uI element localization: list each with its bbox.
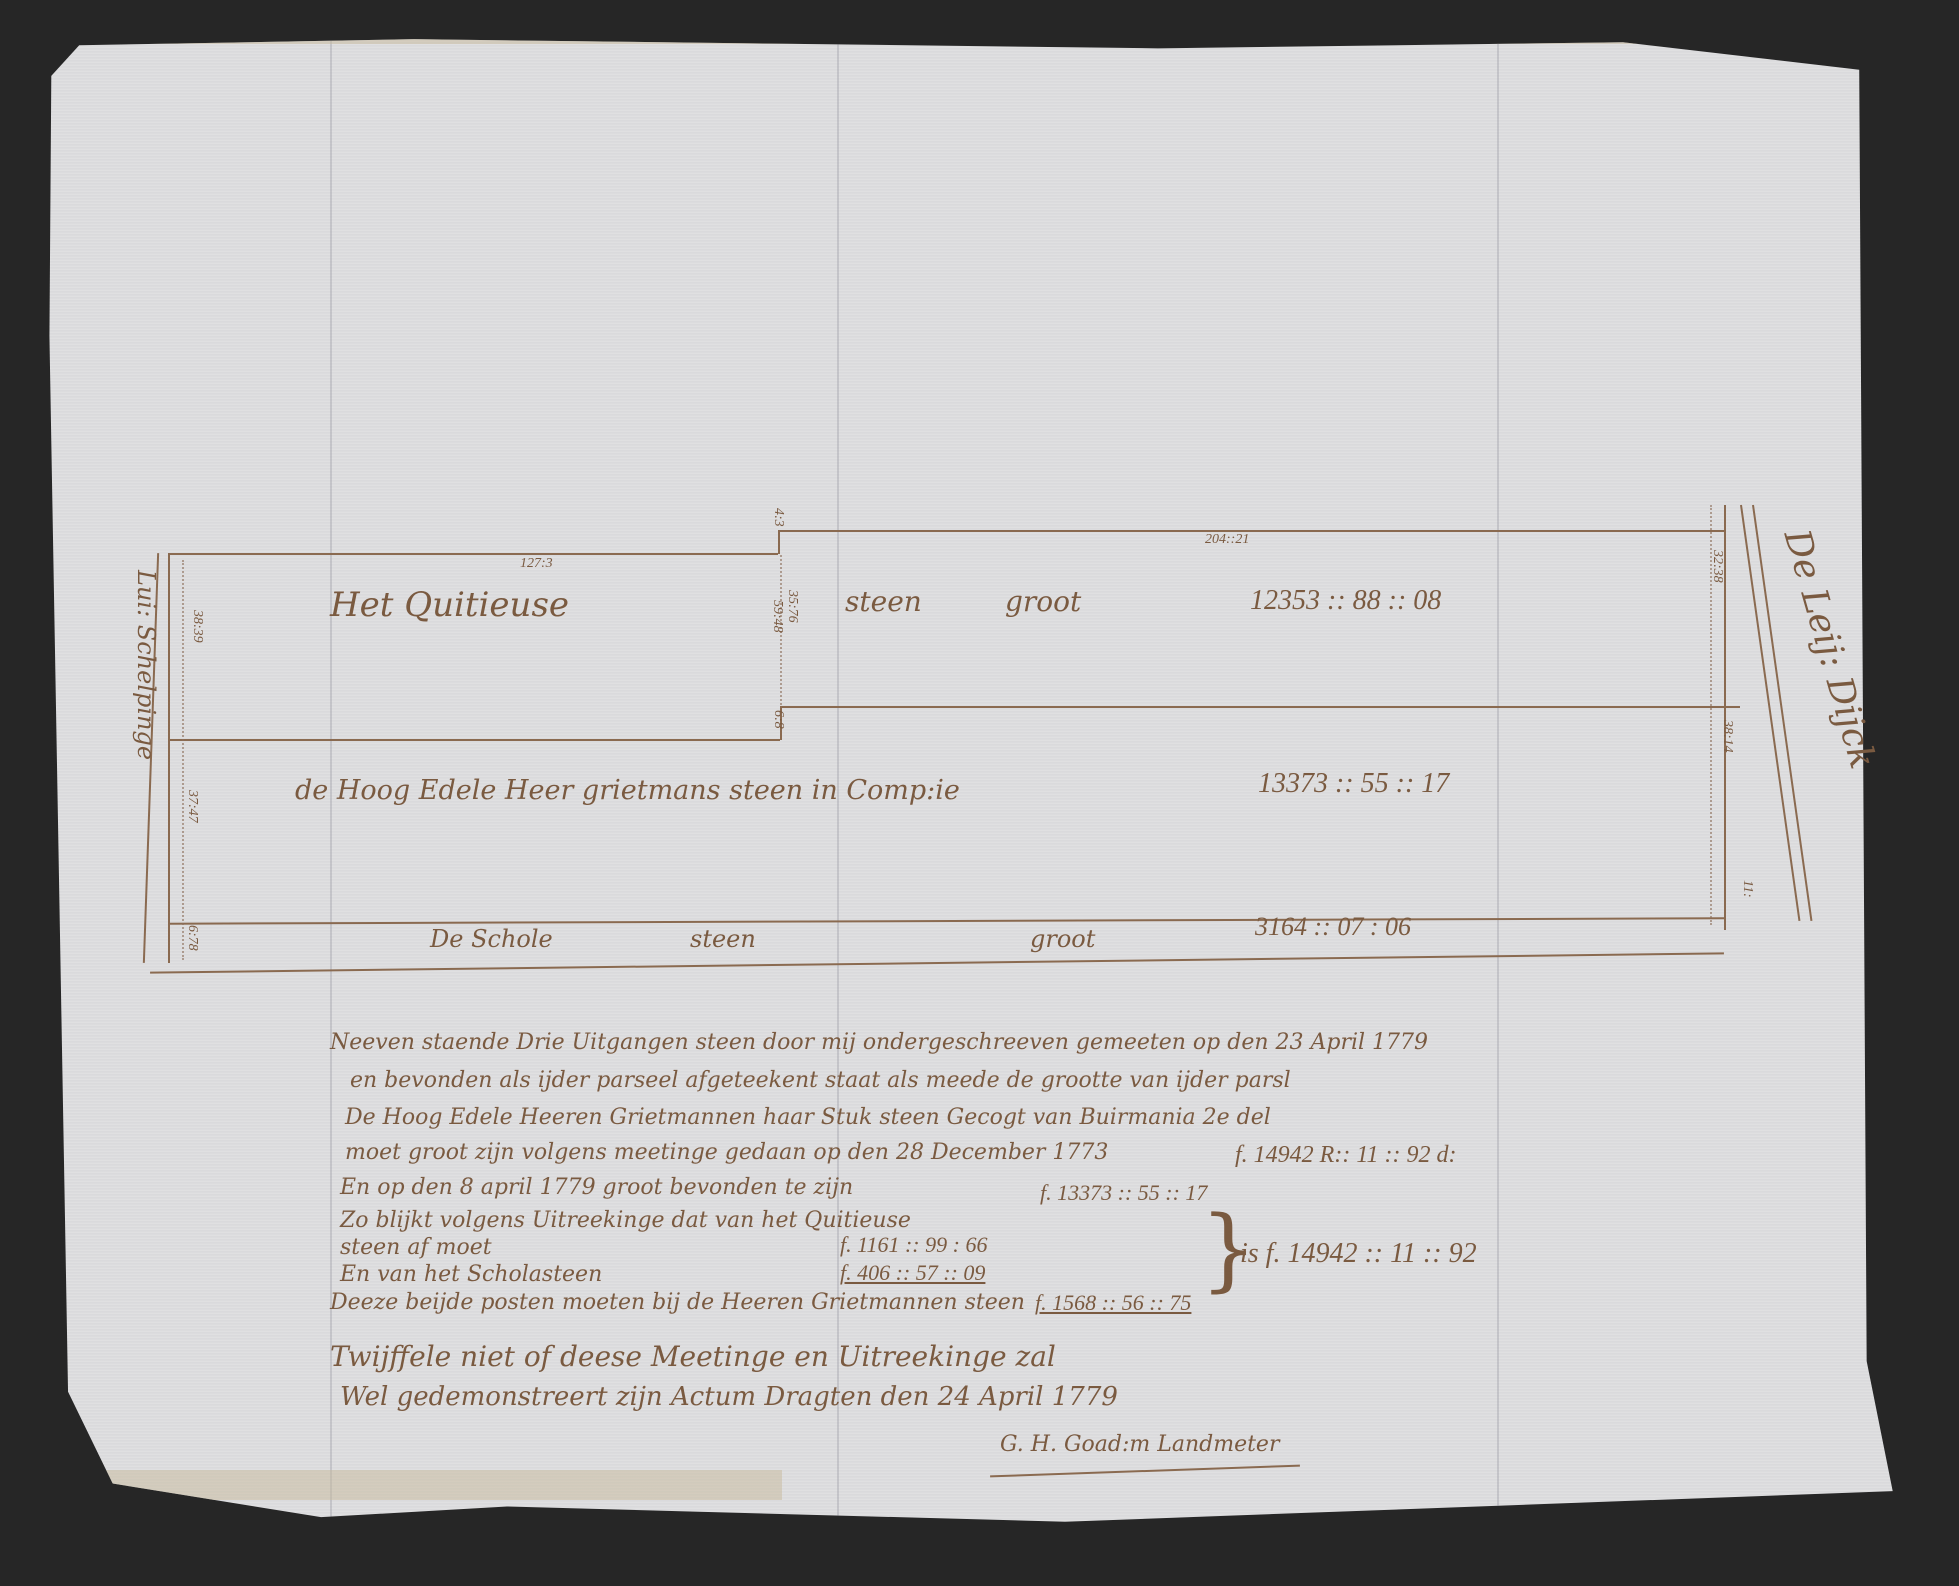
parcel1-groot: groot — [1005, 585, 1081, 618]
closing-line: Wel gedemonstreert zijn Actum Dragten de… — [340, 1382, 1118, 1412]
parcel3-area: 3164 :: 07 : 06 — [1255, 912, 1411, 942]
parcel3-left-measure: 6:78 — [184, 925, 200, 951]
parcel3-right-measure: 11: — [1739, 880, 1755, 898]
top-measure-right: 204::21 — [1205, 532, 1249, 548]
left-boundary-label: Lui: Schelpinge — [132, 570, 160, 760]
text-line: en bevonden als ijder parseel afgeteeken… — [350, 1068, 1291, 1093]
schole-part: f. 406 :: 57 :: 09 — [840, 1260, 985, 1286]
signature: G. H. Goad:m Landmeter — [1000, 1432, 1279, 1457]
quitieuse-part: f. 1161 :: 99 : 66 — [840, 1232, 987, 1258]
calc-line: Zo blijkt volgens Uitreekinge dat van he… — [340, 1208, 911, 1233]
sum-posts: f. 1568 :: 56 :: 75 — [1035, 1290, 1191, 1316]
parcel1-middle-measure-a: 35:76 — [784, 590, 800, 623]
grand-total: is f. 14942 :: 11 :: 92 — [1240, 1238, 1477, 1270]
purchase-total: f. 14942 R:: 11 :: 92 d: — [1235, 1142, 1457, 1169]
parcel3-steen: steen — [690, 925, 756, 953]
top-measure-left: 127:3 — [520, 556, 553, 572]
parcel1-left-measure: 38:39 — [189, 610, 205, 643]
parcel-divider — [168, 739, 780, 741]
text-line: De Hoog Edele Heeren Grietmannen haar St… — [345, 1105, 1271, 1130]
fold-line — [1497, 30, 1499, 1560]
parcel2-name: de Hoog Edele Heer grietmans steen in Co… — [295, 775, 960, 806]
parcel1-name: Het Quitieuse — [330, 585, 569, 625]
parcel1-middle-measure-b: 59:48 — [769, 600, 785, 633]
parcel-divider — [780, 706, 1740, 708]
text-line: moet groot zijn volgens meetinge gedaan … — [345, 1140, 1108, 1165]
parcel1-area: 12353 :: 88 :: 08 — [1250, 585, 1441, 617]
parcel3-name: De Schole — [430, 925, 553, 953]
parcel2-right-measure: 38:14 — [1719, 720, 1735, 753]
notch-measure-top: 4:3 — [770, 508, 786, 527]
parcel1-steen: steen — [845, 585, 922, 618]
parcel1-right-measure: 32:38 — [1709, 550, 1725, 583]
parcel-top-line — [168, 553, 778, 555]
notch-line — [778, 530, 780, 554]
calc-line: Deeze beijde posten moeten bij de Heeren… — [330, 1290, 1025, 1315]
text-line: Neeven staende Drie Uitgangen steen door… — [330, 1030, 1428, 1055]
paper-stain — [102, 30, 1862, 44]
parcel2-area: 13373 :: 55 :: 17 — [1258, 768, 1449, 800]
text-line: En op den 8 april 1779 groot bevonden te… — [340, 1175, 853, 1200]
notch-measure-bottom: 6:8 — [770, 710, 786, 729]
parcel2-left-measure: 37:47 — [184, 790, 200, 823]
closing-line: Twijffele niet of deese Meetinge en Uitr… — [330, 1340, 1056, 1373]
calc-line: En van het Scholasteen — [340, 1262, 602, 1287]
measure-dotted-line — [182, 560, 184, 960]
measured-total: f. 13373 :: 55 :: 17 — [1040, 1180, 1207, 1206]
calc-line: steen af moet — [340, 1235, 492, 1260]
left-boundary — [168, 553, 170, 963]
parcel-top-line — [778, 530, 1724, 532]
paper-stain — [82, 1470, 782, 1500]
parcel3-groot: groot — [1030, 925, 1095, 953]
